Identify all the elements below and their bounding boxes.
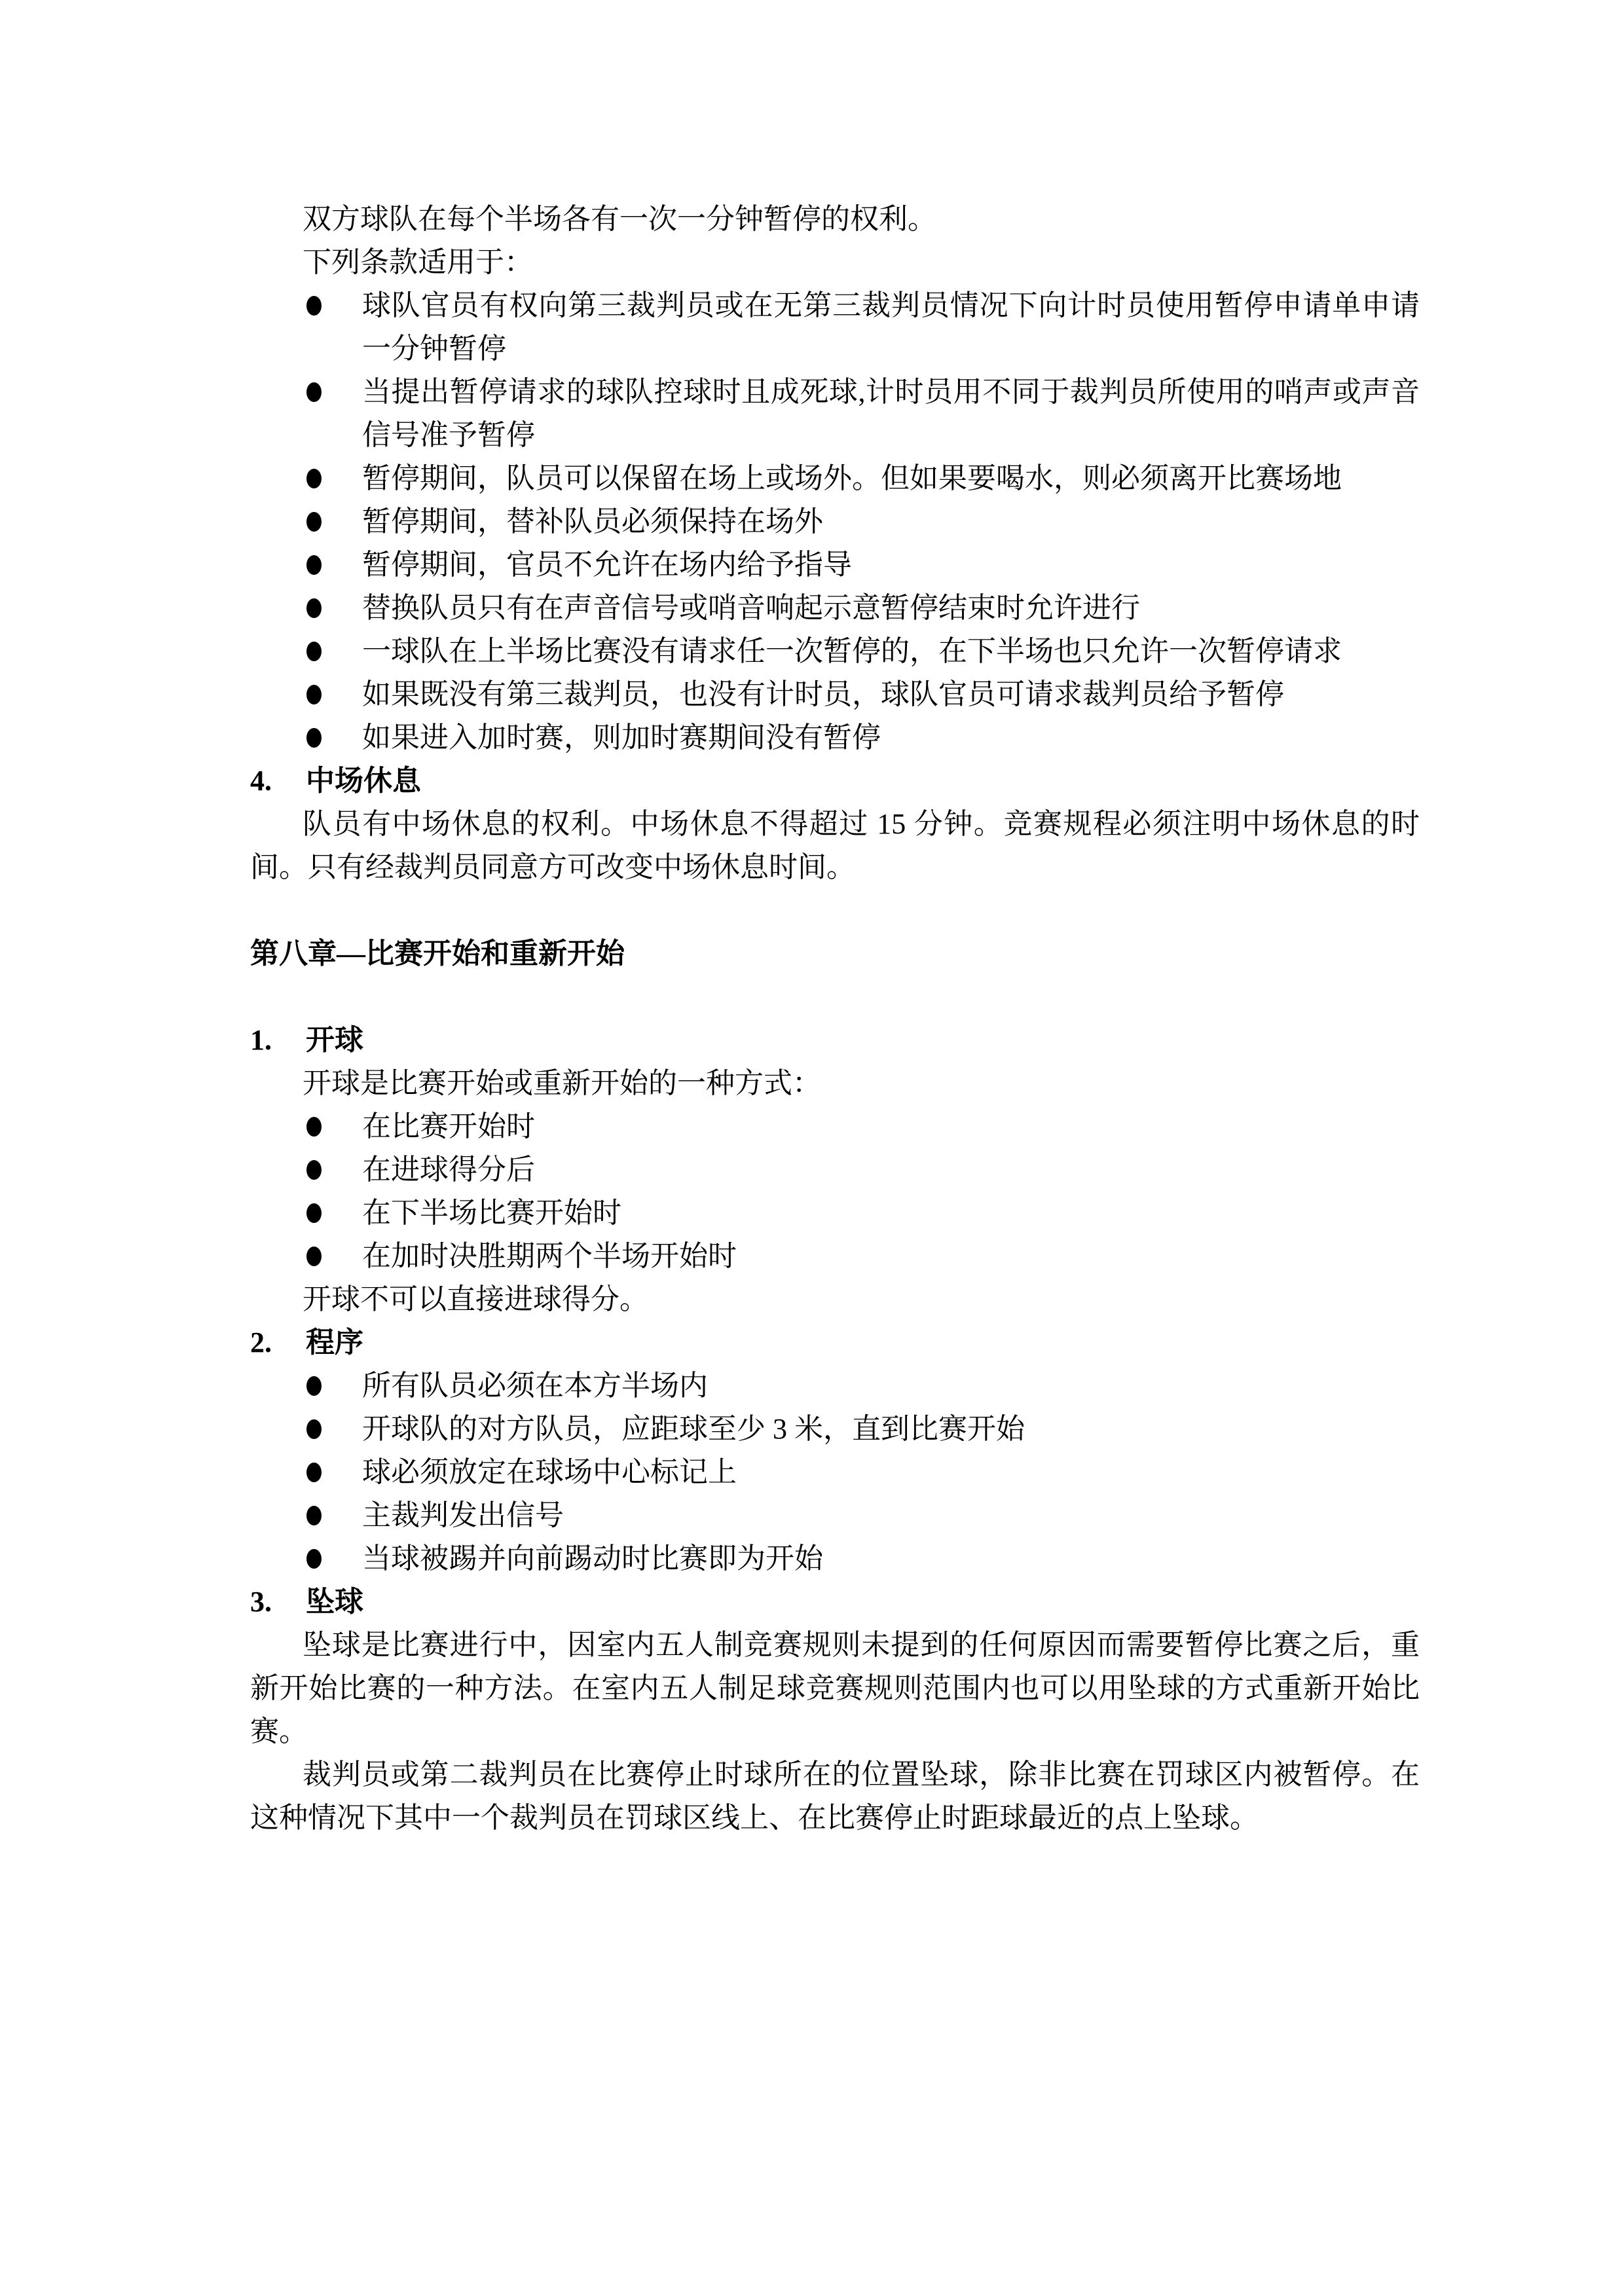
section-title: 程序 [306,1326,363,1358]
list-item: 暂停期间，队员可以保留在场上或场外。但如果要喝水，则必须离开比赛场地 [250,457,1420,500]
section-number: 2. [250,1321,306,1364]
document-content: 双方球队在每个半场各有一次一分钟暂停的权利。 下列条款适用于： 球队官员有权向第… [250,198,1420,1840]
list-item: 如果既没有第三裁判员，也没有计时员，球队官员可请求裁判员给予暂停 [250,673,1420,716]
list-item: 暂停期间，官员不允许在场内给予指导 [250,543,1420,587]
bullet-text: 当球被踢并向前踢动时比赛即为开始 [362,1542,823,1575]
bullet-icon [306,1549,322,1569]
document-page: 双方球队在每个半场各有一次一分钟暂停的权利。 下列条款适用于： 球队官员有权向第… [0,0,1624,2296]
list-item: 一球队在上半场比赛没有请求任一次暂停的，在下半场也只允许一次暂停请求 [250,630,1420,673]
paragraph-halftime: 队员有中场休息的权利。中场休息不得超过 15 分钟。竞赛规程必须注明中场休息的时… [250,803,1420,889]
bullet-icon [306,642,322,661]
bullet-icon [306,1203,322,1223]
chapter-heading: 第八章—比赛开始和重新开始 [250,932,1420,975]
section-number: 4. [250,759,306,803]
list-item: 在加时决胜期两个半场开始时 [250,1235,1420,1278]
section-heading-procedure: 2.程序 [250,1321,1420,1364]
bullet-text: 在加时决胜期两个半场开始时 [362,1240,737,1272]
bullet-text: 开球队的对方队员，应距球至少 3 米，直到比赛开始 [362,1413,1025,1445]
bullet-text: 如果进入加时赛，则加时赛期间没有暂停 [362,721,881,754]
bullet-text: 所有队员必须在本方半场内 [362,1370,708,1402]
list-item: 主裁判发出信号 [250,1494,1420,1537]
list-item: 当球被踢并向前踢动时比赛即为开始 [250,1537,1420,1580]
list-item: 开球队的对方队员，应距球至少 3 米，直到比赛开始 [250,1408,1420,1451]
section-number: 1. [250,1019,306,1062]
paragraph-provisions: 下列条款适用于： [250,241,1420,284]
section-heading-dropball: 3.坠球 [250,1580,1420,1624]
bullet-icon [306,382,322,402]
bullet-text: 在进球得分后 [362,1154,535,1186]
blank-line [250,889,1420,932]
bullet-icon [306,1160,322,1180]
paragraph-kickoff-def: 开球是比赛开始或重新开始的一种方式： [250,1062,1420,1105]
list-item: 球队官员有权向第三裁判员或在无第三裁判员情况下向计时员使用暂停申请单申请一分钟暂… [250,284,1420,371]
list-item: 在进球得分后 [250,1148,1420,1192]
bullet-icon [306,469,322,488]
section-number: 3. [250,1580,306,1624]
section-heading-kickoff: 1.开球 [250,1019,1420,1062]
list-item: 替换队员只有在声音信号或哨音响起示意暂停结束时允许进行 [250,587,1420,630]
bullet-icon [306,1506,322,1525]
bullet-icon [306,1247,322,1266]
bullet-text: 当提出暂停请求的球队控球时且成死球,计时员用不同于裁判员所使用的哨声或声音信号准… [362,376,1420,451]
list-item: 所有队员必须在本方半场内 [250,1364,1420,1408]
list-item: 在比赛开始时 [250,1105,1420,1148]
paragraph-timeout-right: 双方球队在每个半场各有一次一分钟暂停的权利。 [250,198,1420,241]
bullet-icon [306,296,322,316]
blank-line [250,975,1420,1019]
section-heading-halftime: 4.中场休息 [250,759,1420,803]
timeout-bullet-list: 球队官员有权向第三裁判员或在无第三裁判员情况下向计时员使用暂停申请单申请一分钟暂… [250,284,1420,759]
bullet-text: 替换队员只有在声音信号或哨音响起示意暂停结束时允许进行 [362,592,1140,624]
bullet-icon [306,728,322,748]
bullet-text: 在下半场比赛开始时 [362,1197,621,1229]
bullet-text: 如果既没有第三裁判员，也没有计时员，球队官员可请求裁判员给予暂停 [362,678,1284,710]
bullet-text: 暂停期间，官员不允许在场内给予指导 [362,549,852,581]
bullet-text: 球队官员有权向第三裁判员或在无第三裁判员情况下向计时员使用暂停申请单申请一分钟暂… [362,289,1420,365]
paragraph-kickoff-note: 开球不可以直接进球得分。 [250,1278,1420,1321]
section-title: 中场休息 [306,765,421,797]
list-item: 暂停期间，替补队员必须保持在场外 [250,500,1420,543]
bullet-icon [306,1419,322,1439]
section-title: 开球 [306,1024,363,1056]
list-item: 如果进入加时赛，则加时赛期间没有暂停 [250,716,1420,759]
bullet-icon [306,1117,322,1137]
bullet-text: 暂停期间，替补队员必须保持在场外 [362,505,823,538]
bullet-icon [306,685,322,704]
list-item: 当提出暂停请求的球队控球时且成死球,计时员用不同于裁判员所使用的哨声或声音信号准… [250,371,1420,457]
list-item: 在下半场比赛开始时 [250,1192,1420,1235]
section-title: 坠球 [306,1586,363,1618]
kickoff-bullet-list: 在比赛开始时 在进球得分后 在下半场比赛开始时 在加时决胜期两个半场开始时 [250,1105,1420,1278]
bullet-text: 暂停期间，队员可以保留在场上或场外。但如果要喝水，则必须离开比赛场地 [362,462,1342,494]
bullet-icon [306,555,322,575]
bullet-text: 一球队在上半场比赛没有请求任一次暂停的，在下半场也只允许一次暂停请求 [362,635,1342,667]
paragraph-dropball-1: 坠球是比赛进行中，因室内五人制竞赛规则未提到的任何原因而需要暂停比赛之后，重新开… [250,1624,1420,1753]
bullet-text: 在比赛开始时 [362,1110,535,1142]
paragraph-dropball-2: 裁判员或第二裁判员在比赛停止时球所在的位置坠球，除非比赛在罚球区内被暂停。在这种… [250,1753,1420,1840]
bullet-icon [306,512,322,532]
bullet-icon [306,1463,322,1482]
procedure-bullet-list: 所有队员必须在本方半场内 开球队的对方队员，应距球至少 3 米，直到比赛开始 球… [250,1364,1420,1580]
bullet-text: 球必须放定在球场中心标记上 [362,1456,737,1488]
bullet-text: 主裁判发出信号 [362,1499,564,1531]
bullet-icon [306,1376,322,1396]
list-item: 球必须放定在球场中心标记上 [250,1451,1420,1494]
bullet-icon [306,598,322,618]
